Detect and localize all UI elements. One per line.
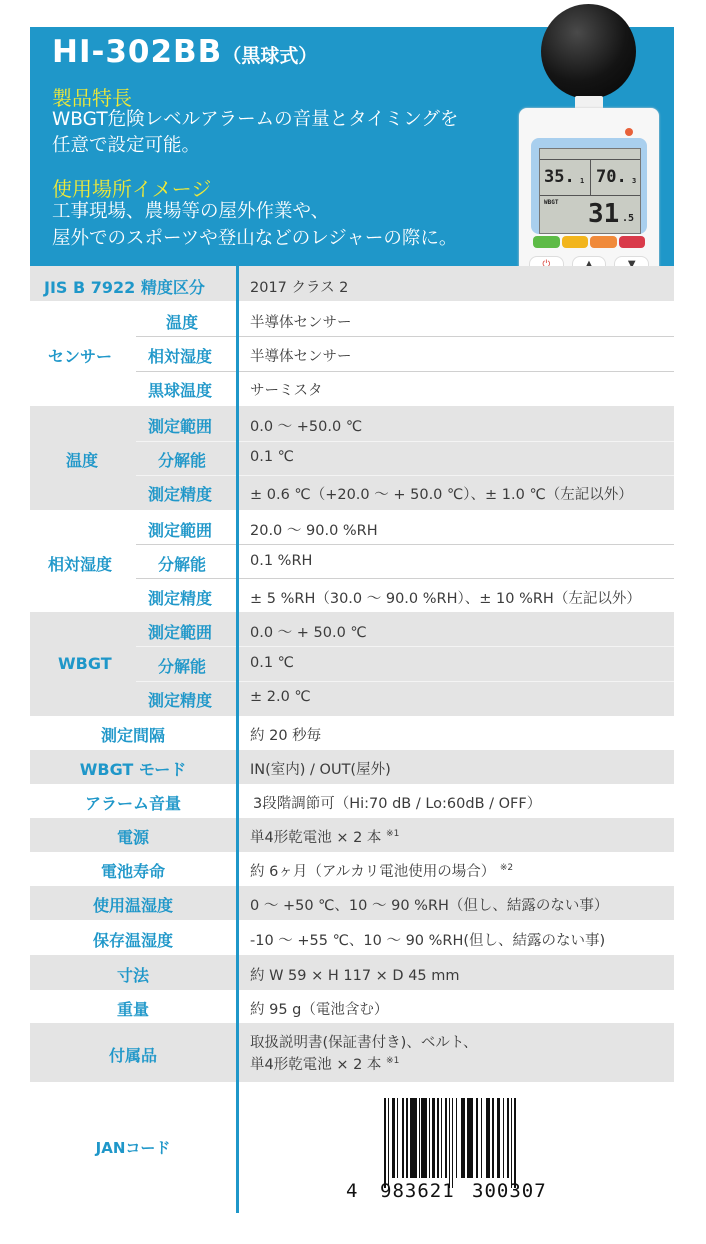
lcd-wbgt-decimal: .5 xyxy=(622,213,634,224)
temp-accuracy-label: 測定精度 xyxy=(148,482,212,505)
lcd-temperature-decimal: 1 xyxy=(580,177,584,185)
temp-range-value: 0.0 〜 +50.0 ℃ xyxy=(250,415,362,436)
wbgt-mode-value: IN(室内) / OUT(屋外) xyxy=(250,758,391,779)
power-value: 単4形乾電池 × 2 本 xyxy=(250,830,381,846)
accessories-line-2: 単4形乾電池 × 2 本 xyxy=(250,1057,381,1073)
jan-left-digits: 983621 xyxy=(380,1180,455,1202)
features-line-1: WBGT危険レベルアラームの音量とタイミングを xyxy=(52,107,458,133)
temp-range-label: 測定範囲 xyxy=(148,414,212,437)
features-line-2: 任意で設定可能。 xyxy=(52,133,200,159)
temp-accuracy-value: ± 0.6 ℃（+20.0 〜 + 50.0 ℃）、± 1.0 ℃（左記以外） xyxy=(250,483,633,504)
dimensions-label: 寸法 xyxy=(30,963,236,986)
alarm-volume-value: 3段階調節可（Hi:70 dB / Lo:60dB / OFF） xyxy=(253,792,541,813)
jan-right-digits: 300307 xyxy=(472,1180,547,1202)
battery-life-label: 電池寿命 xyxy=(30,859,236,882)
humidity-accuracy-value: ± 5 %RH（30.0 〜 90.0 %RH）、± 10 %RH（左記以外） xyxy=(250,587,641,608)
danger-level-indicator xyxy=(533,236,645,248)
wbgt-range-value: 0.0 〜 + 50.0 ℃ xyxy=(250,621,367,642)
humidity-accuracy-label: 測定精度 xyxy=(148,586,212,609)
lcd-wbgt-label: WBGT xyxy=(544,199,558,206)
lcd-wbgt: 31 xyxy=(588,199,619,229)
sensor-temp-value: 半導体センサー xyxy=(250,311,352,332)
power-value-wrap: 単4形乾電池 × 2 本 ※1 xyxy=(250,826,399,847)
product-image: 35. 1 70. 3 WBGT 31 .5 ⏻ ▲ ▼ xyxy=(519,0,659,290)
sensor-temp-label: 温度 xyxy=(166,310,198,333)
weight-label: 重量 xyxy=(30,997,236,1020)
jis-value: 2017 クラス 2 xyxy=(250,276,348,297)
model-name: HI-302BB xyxy=(52,34,222,70)
barcode-bars-icon xyxy=(372,1098,582,1186)
jan-barcode: 4 983621 300307 xyxy=(372,1098,582,1206)
temp-resolution-value: 0.1 ℃ xyxy=(250,449,294,465)
jan-label: JANコード xyxy=(30,1137,236,1158)
power-note: ※1 xyxy=(386,829,399,839)
usage-line-1: 工事現場、農場等の屋外作業や、 xyxy=(52,199,329,225)
jis-label: JIS B 7922 精度区分 xyxy=(44,275,205,298)
wbgt-mode-label: WBGT モード xyxy=(30,757,236,780)
battery-life-value: 約 6ヶ月（アルカリ電池使用の場合） xyxy=(250,864,495,880)
lcd-humidity: 70. xyxy=(596,167,627,187)
device-face: 35. 1 70. 3 WBGT 31 .5 xyxy=(531,138,647,234)
accessories-line-1: 取扱説明書(保証書付き)、ベルト、 xyxy=(250,1031,478,1052)
wbgt-range-label: 測定範囲 xyxy=(148,620,212,643)
level-caution xyxy=(562,236,589,248)
wbgt-accuracy-label: 測定精度 xyxy=(148,688,212,711)
group-sensor xyxy=(30,301,674,406)
sensor-humidity-label: 相対湿度 xyxy=(148,344,212,367)
wbgt-resolution-label: 分解能 xyxy=(158,654,206,677)
accessories-line-2-wrap: 単4形乾電池 × 2 本 ※1 xyxy=(250,1053,399,1074)
temperature-label: 温度 xyxy=(66,448,98,471)
temp-resolution-label: 分解能 xyxy=(158,448,206,471)
wbgt-label: WBGT xyxy=(58,654,112,673)
device-body: 35. 1 70. 3 WBGT 31 .5 ⏻ ▲ ▼ xyxy=(519,108,659,286)
operating-env-value: 0 〜 +50 ℃、10 〜 90 %RH（但し、結露のない事） xyxy=(250,894,608,915)
model-type: （黒球式） xyxy=(222,45,317,67)
jan-first-digit: 4 xyxy=(346,1180,358,1202)
alarm-led-icon xyxy=(625,128,633,136)
accessories-label: 付属品 xyxy=(30,1043,236,1066)
level-safe xyxy=(533,236,560,248)
humidity-range-value: 20.0 〜 90.0 %RH xyxy=(250,519,378,540)
level-warning xyxy=(590,236,617,248)
operating-env-label: 使用温湿度 xyxy=(30,893,236,916)
battery-life-value-wrap: 約 6ヶ月（アルカリ電池使用の場合） ※2 xyxy=(250,860,513,881)
sensor-globe-value: サーミスタ xyxy=(250,379,323,400)
power-label: 電源 xyxy=(30,825,236,848)
column-divider xyxy=(236,266,239,1213)
dimensions-value: 約 W 59 × H 117 × D 45 mm xyxy=(250,964,460,985)
storage-env-value: -10 〜 +55 ℃、10 〜 90 %RH(但し、結露のない事) xyxy=(250,929,605,950)
humidity-resolution-label: 分解能 xyxy=(158,552,206,575)
sensor-globe-label: 黒球温度 xyxy=(148,378,212,401)
humidity-resolution-value: 0.1 %RH xyxy=(250,553,312,569)
accessories-note: ※1 xyxy=(386,1056,399,1066)
interval-label: 測定間隔 xyxy=(30,723,236,746)
interval-value: 約 20 秒毎 xyxy=(250,724,321,745)
sensor-humidity-value: 半導体センサー xyxy=(250,345,352,366)
storage-env-label: 保存温湿度 xyxy=(30,928,236,951)
sensor-label: センサー xyxy=(48,344,112,367)
humidity-label: 相対湿度 xyxy=(48,552,112,575)
alarm-volume-label: アラーム音量 xyxy=(30,791,236,814)
lcd-display: 35. 1 70. 3 WBGT 31 .5 xyxy=(539,148,641,234)
lcd-temperature: 35. xyxy=(544,167,575,187)
wbgt-accuracy-value: ± 2.0 ℃ xyxy=(250,689,311,705)
wbgt-resolution-value: 0.1 ℃ xyxy=(250,655,294,671)
humidity-range-label: 測定範囲 xyxy=(148,518,212,541)
weight-value: 約 95 g（電池含む） xyxy=(250,998,388,1019)
battery-life-note: ※2 xyxy=(500,863,513,873)
usage-heading: 使用場所イメージ xyxy=(52,173,211,202)
level-danger xyxy=(619,236,646,248)
product-title: HI-302BB（黒球式） xyxy=(52,34,317,70)
usage-line-2: 屋外でのスポーツや登山などのレジャーの際に。 xyxy=(52,226,457,252)
lcd-humidity-decimal: 3 xyxy=(632,177,636,185)
black-globe-sensor xyxy=(541,4,636,99)
